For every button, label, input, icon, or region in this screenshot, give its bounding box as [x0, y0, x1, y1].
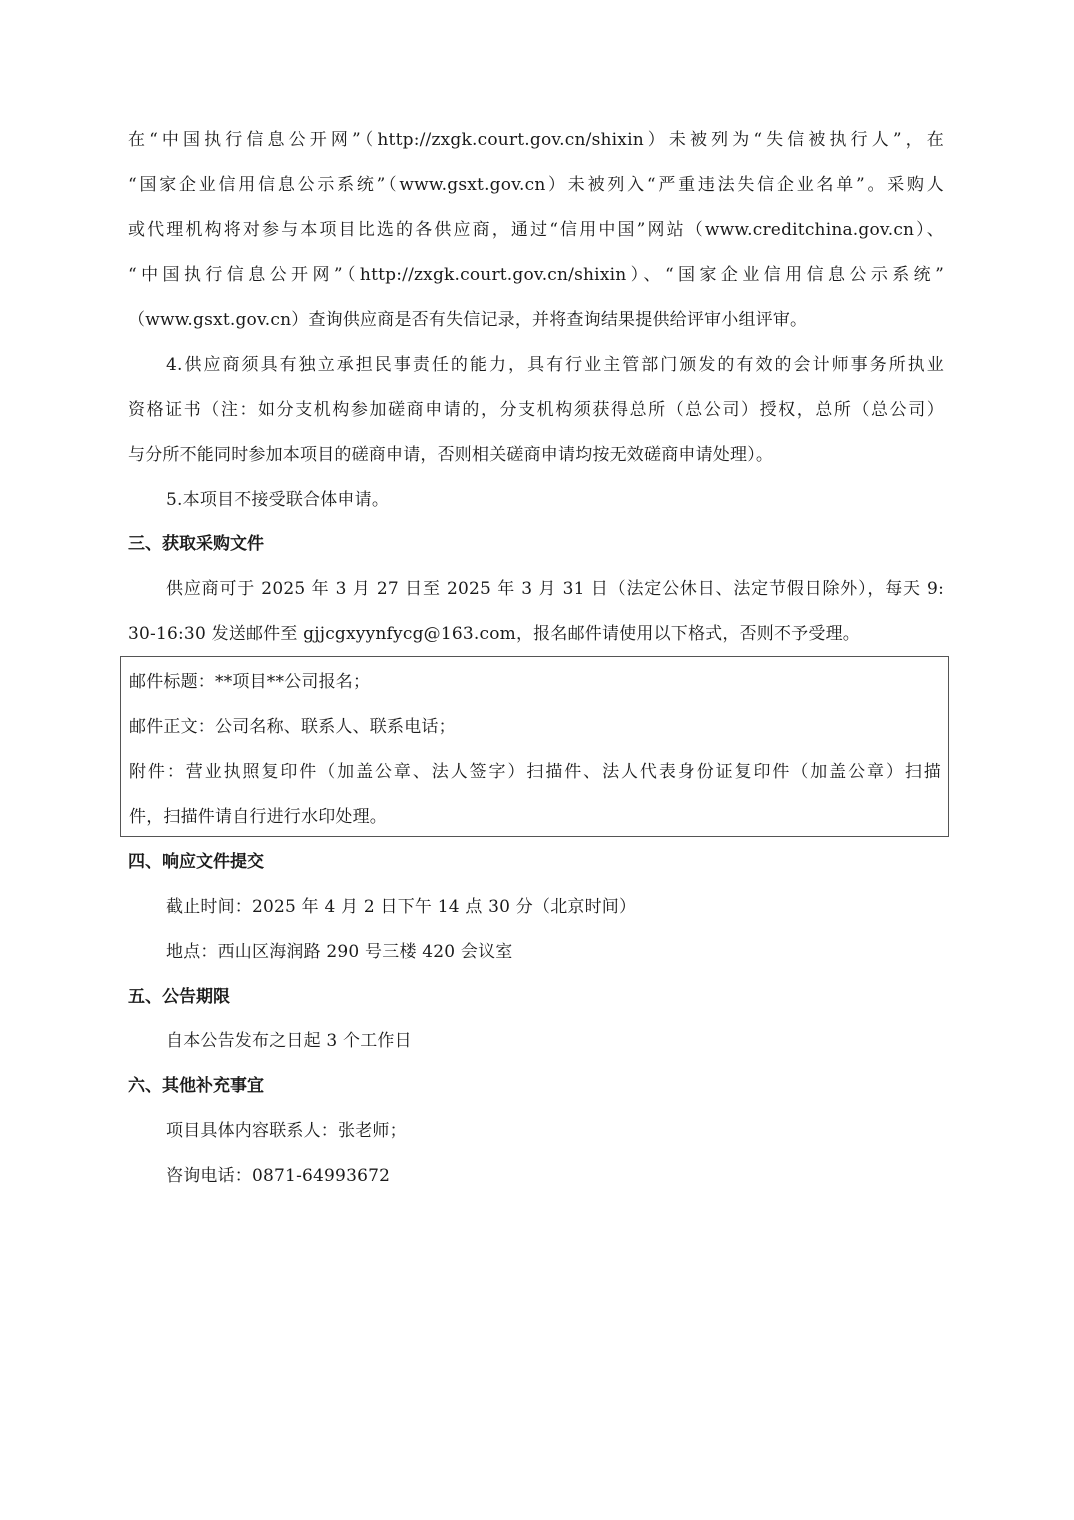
section-5-heading: 五、公告期限	[128, 985, 230, 1009]
paragraph-line: “国家企业信用信息公示系统”（www.gsxt.gov.cn）未被列入“严重违法…	[128, 173, 944, 197]
section-3-heading: 三、获取采购文件	[128, 532, 264, 556]
paragraph-line: 在“中国执行信息公开网”（http://zxgk.court.gov.cn/sh…	[128, 128, 944, 152]
section-6-heading: 六、其他补充事宜	[128, 1074, 264, 1098]
paragraph-line: 供应商可于 2025 年 3 月 27 日至 2025 年 3 月 31 日（法…	[166, 577, 944, 601]
item-4-line: 4.供应商须具有独立承担民事责任的能力，具有行业主管部门颁发的有效的会计师事务所…	[166, 353, 944, 377]
contact-text: 项目具体内容联系人：张老师；	[166, 1119, 944, 1143]
item-5: 5.本项目不接受联合体申请。	[166, 488, 944, 512]
paragraph-line: “中国执行信息公开网”（http://zxgk.court.gov.cn/shi…	[128, 263, 944, 287]
email-attachment-format: 件，扫描件请自行进行水印处理。	[129, 805, 941, 829]
paragraph-line: （www.gsxt.gov.cn）查询供应商是否有失信记录，并将查询结果提供给评…	[128, 308, 944, 332]
deadline-text: 截止时间：2025 年 4 月 2 日下午 14 点 30 分（北京时间）	[166, 895, 944, 919]
phone-text: 咨询电话：0871-64993672	[166, 1164, 944, 1188]
paragraph-line: 30-16:30 发送邮件至 gjjcgxyynfycg@163.com，报名邮…	[128, 622, 944, 646]
item-4-line: 资格证书（注：如分支机构参加磋商申请的，分支机构须获得总所（总公司）授权，总所（…	[128, 398, 944, 422]
item-4-line: 与分所不能同时参加本项目的磋商申请，否则相关磋商申请均按无效磋商申请处理）。	[128, 443, 944, 467]
email-attachment-format: 附件：营业执照复印件（加盖公章、法人签字）扫描件、法人代表身份证复印件（加盖公章…	[129, 760, 941, 784]
email-subject-format: 邮件标题：**项目**公司报名；	[129, 670, 941, 694]
section-4-heading: 四、响应文件提交	[128, 850, 264, 874]
location-text: 地点：西山区海润路 290 号三楼 420 会议室	[166, 940, 944, 964]
period-text: 自本公告发布之日起 3 个工作日	[166, 1029, 944, 1053]
paragraph-line: 或代理机构将对参与本项目比选的各供应商，通过“信用中国”网站（www.credi…	[128, 218, 944, 242]
email-format-box: 邮件标题：**项目**公司报名； 邮件正文：公司名称、联系人、联系电话； 附件：…	[120, 656, 949, 837]
email-body-format: 邮件正文：公司名称、联系人、联系电话；	[129, 715, 941, 739]
